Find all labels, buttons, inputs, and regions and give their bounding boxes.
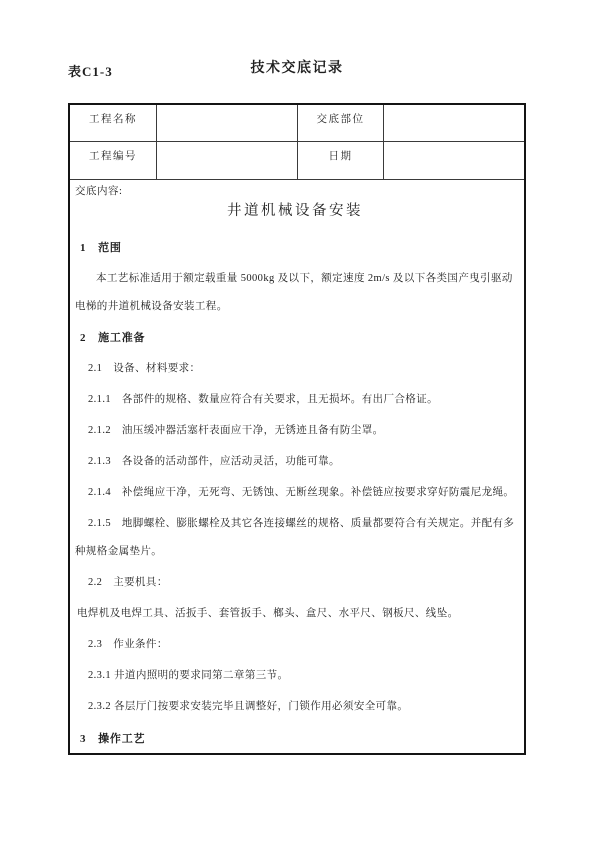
info-row-1: 工程名称 交底部位 <box>70 105 524 142</box>
project-name-value <box>157 105 298 141</box>
project-number-label: 工程编号 <box>70 142 157 179</box>
info-row-2: 工程编号 日期 <box>70 142 524 180</box>
content-title: 井道机械设备安装 <box>75 201 515 221</box>
clause-2-1-3: 2.1.3 各设备的活动部件，应活动灵活，功能可靠。 <box>75 448 515 476</box>
clause-2-1: 2.1 设备、材料要求： <box>75 355 515 383</box>
content-body: 1 范围 本工艺标准适用于额定载重量 5000kg 及以下，额定速度 2m/s … <box>75 234 515 753</box>
content-section-label: 交底内容: <box>75 184 515 199</box>
page-header: 表C1-3 技术交底记录 <box>68 60 526 80</box>
clause-2-1-1: 2.1.1 各部件的规格、数量应符合有关要求，且无损坏。有出厂合格证。 <box>75 386 515 414</box>
tools-list: 电焊机及电焊工具、活扳手、套管扳手、榔头、盒尺、水平尺、钢板尺、线坠。 <box>75 600 515 628</box>
clause-2-3: 2.3 作业条件： <box>75 631 515 659</box>
document-page: 表C1-3 技术交底记录 工程名称 交底部位 工程编号 日期 交底内容: 井道机… <box>0 0 595 842</box>
clause-2-1-5: 2.1.5 地脚螺栓、膨胀螺栓及其它各连接螺丝的规格、质量都要符合有关规定。并配… <box>75 510 515 566</box>
disclosure-part-label: 交底部位 <box>298 105 384 141</box>
form-code: 表C1-3 <box>68 61 113 80</box>
section-3-heading: 3 操作工艺 <box>75 725 515 753</box>
project-name-label: 工程名称 <box>70 105 157 141</box>
disclosure-form-table: 工程名称 交底部位 工程编号 日期 交底内容: 井道机械设备安装 1 范围 本工… <box>68 103 526 755</box>
project-number-value <box>157 142 298 179</box>
clause-2-3-2: 2.3.2 各层厅门按要求安装完毕且调整好，门锁作用必须安全可靠。 <box>75 693 515 721</box>
clause-2-3-1: 2.3.1 井道内照明的要求同第二章第三节。 <box>75 662 515 690</box>
date-label: 日期 <box>298 142 384 179</box>
section-2-heading: 2 施工准备 <box>75 324 515 352</box>
disclosure-part-value <box>384 105 524 141</box>
clause-2-2: 2.2 主要机具： <box>75 569 515 597</box>
scope-paragraph: 本工艺标准适用于额定载重量 5000kg 及以下，额定速度 2m/s 及以下各类… <box>75 265 515 321</box>
document-title: 技术交底记录 <box>68 60 526 78</box>
date-value <box>384 142 524 179</box>
clause-2-1-2: 2.1.2 油压缓冲器活塞杆表面应干净，无锈迹且备有防尘罩。 <box>75 417 515 445</box>
clause-2-1-4: 2.1.4 补偿绳应干净，无死弯、无锈蚀、无断丝现象。补偿链应按要求穿好防震尼龙… <box>75 479 515 507</box>
disclosure-content-cell: 交底内容: 井道机械设备安装 1 范围 本工艺标准适用于额定载重量 5000kg… <box>70 180 524 755</box>
section-1-heading: 1 范围 <box>75 234 515 262</box>
